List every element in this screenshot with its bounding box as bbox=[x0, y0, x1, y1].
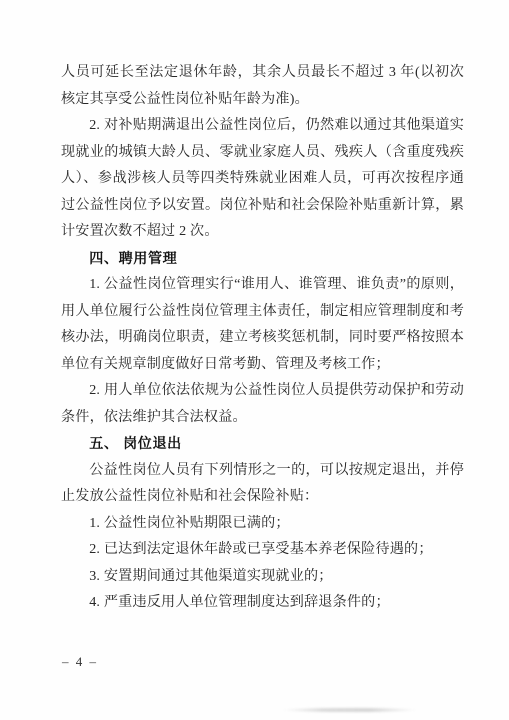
section-heading-employment-management: 四、聘用管理 bbox=[61, 245, 464, 272]
page-number: – 4 – bbox=[62, 653, 98, 671]
scan-edge-shadow bbox=[282, 708, 417, 712]
exit-condition-item-2: 2. 已达到法定退休年龄或已享受基本养老保险待遇的； bbox=[61, 536, 464, 563]
paragraph-2-labor-protection: 2. 用人单位依法依规为公益性岗位人员提供劳动保护和劳动条件，依法维护其合法权益… bbox=[61, 377, 464, 430]
paragraph-exit-conditions-intro: 公益性岗位人员有下列情形之一的，可以按规定退出，并停止发放公益性岗位补贴和社会保… bbox=[61, 457, 464, 510]
document-text-block: 人员可延长至法定退休年龄，其余人员最长不超过 3 年(以初次核定其享受公益性岗位… bbox=[61, 59, 464, 616]
paragraph-1-management-principle: 1. 公益性岗位管理实行“谁用人、谁管理、谁负责”的原则，用人单位履行公益性岗位… bbox=[61, 271, 464, 377]
exit-condition-item-4: 4. 严重违反用人单位管理制度达到辞退条件的； bbox=[61, 589, 464, 616]
paragraph-continuation-retirement-age: 人员可延长至法定退休年龄，其余人员最长不超过 3 年(以初次核定其享受公益性岗位… bbox=[61, 59, 464, 112]
scanned-document-page: 人员可延长至法定退休年龄，其余人员最长不超过 3 年(以初次核定其享受公益性岗位… bbox=[0, 0, 509, 720]
section-heading-position-exit: 五、 岗位退出 bbox=[61, 430, 464, 457]
exit-condition-item-3: 3. 安置期间通过其他渠道实现就业的； bbox=[61, 563, 464, 590]
exit-condition-item-1: 1. 公益性岗位补贴期限已满的； bbox=[61, 510, 464, 537]
paragraph-2-resettlement-rule: 2. 对补贴期满退出公益性岗位后，仍然难以通过其他渠道实现就业的城镇大龄人员、零… bbox=[61, 112, 464, 245]
